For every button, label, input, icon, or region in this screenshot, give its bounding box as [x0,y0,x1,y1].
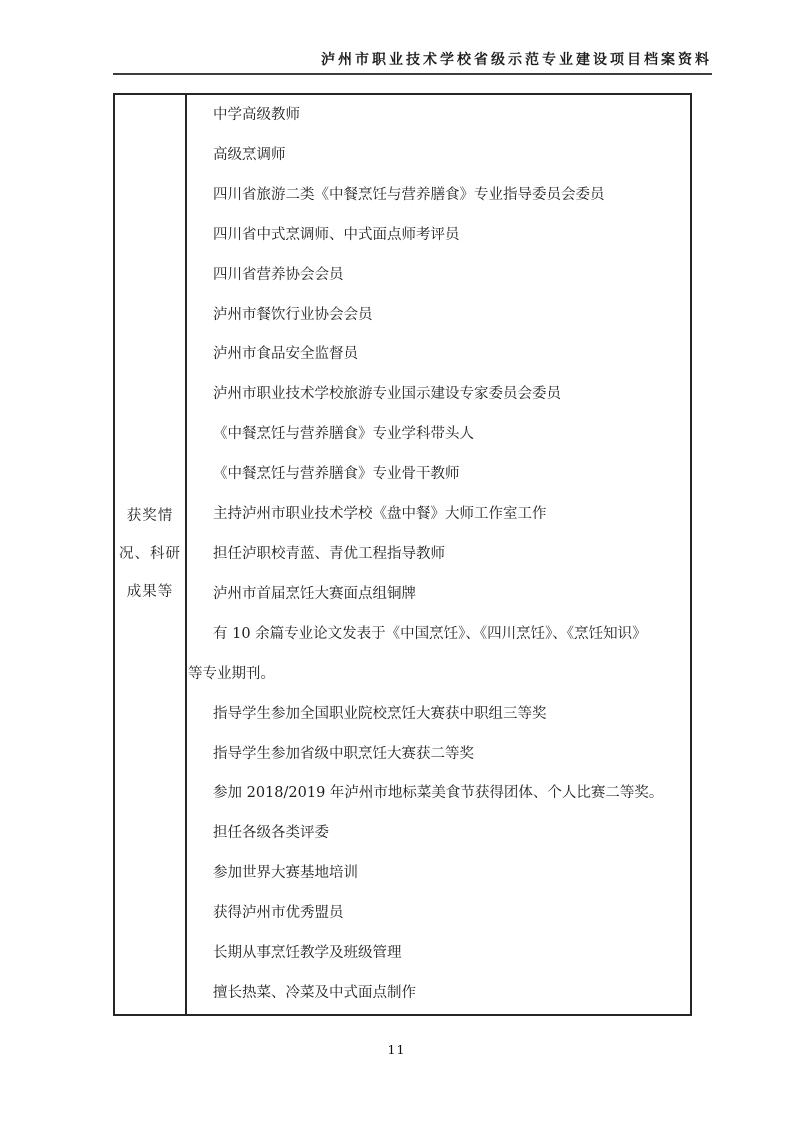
achievement-line: 参加 2018/2019 年泸州市地标菜美食节获得团体、个人比赛二等奖。 [188,774,688,814]
achievement-line: 指导学生参加全国职业院校烹饪大赛获中职组三等奖 [188,695,688,735]
achievement-line: 泸州市食品安全监督员 [188,335,688,375]
achievement-line: 长期从事烹饪教学及班级管理 [188,934,688,974]
achievement-line: 获得泸州市优秀盟员 [188,894,688,934]
info-table: 获奖情 况、科研 成果等 中学高级教师 高级烹调师 四川省旅游二类《中餐烹饪与营… [113,93,692,1016]
achievement-line: 中学高级教师 [188,96,688,136]
achievements-cell: 中学高级教师 高级烹调师 四川省旅游二类《中餐烹饪与营养膳食》专业指导委员会委员… [187,95,690,1014]
achievement-line: 参加世界大赛基地培训 [188,854,688,894]
row-label-line: 获奖情 [127,497,174,535]
page-number: 11 [0,1042,793,1057]
achievement-line: 高级烹调师 [188,136,688,176]
achievement-line: 四川省旅游二类《中餐烹饪与营养膳食》专业指导委员会委员 [188,176,688,216]
achievement-line: 四川省中式烹调师、中式面点师考评员 [188,216,688,256]
achievement-line: 《中餐烹饪与营养膳食》专业学科带头人 [188,415,688,455]
achievement-line: 指导学生参加省级中职烹饪大赛获二等奖 [188,735,688,775]
achievement-line: 有 10 余篇专业论文发表于《中国烹饪》、《四川烹饪》、《烹饪知识》 [188,615,688,655]
achievement-line: 泸州市首届烹饪大赛面点组铜牌 [188,575,688,615]
achievement-line: 四川省营养协会会员 [188,256,688,296]
row-label-line: 成果等 [127,573,174,611]
row-label-cell: 获奖情 况、科研 成果等 [115,95,187,1014]
document-header: 泸州市职业技术学校省级示范专业建设项目档案资料 [113,52,712,75]
achievement-line: 泸州市职业技术学校旅游专业国示建设专家委员会委员 [188,375,688,415]
achievement-line: 擅长热菜、冷菜及中式面点制作 [188,974,688,1014]
achievement-line: 《中餐烹饪与营养膳食》专业骨干教师 [188,455,688,495]
row-label-line: 况、科研 [119,535,181,573]
achievement-line: 泸州市餐饮行业协会会员 [188,296,688,336]
achievement-line: 主持泸州市职业技术学校《盘中餐》大师工作室工作 [188,495,688,535]
achievement-line: 担任各级各类评委 [188,814,688,854]
achievement-line-continuation: 等专业期刊。 [188,655,688,695]
achievement-line: 担任泸职校青蓝、青优工程指导教师 [188,535,688,575]
